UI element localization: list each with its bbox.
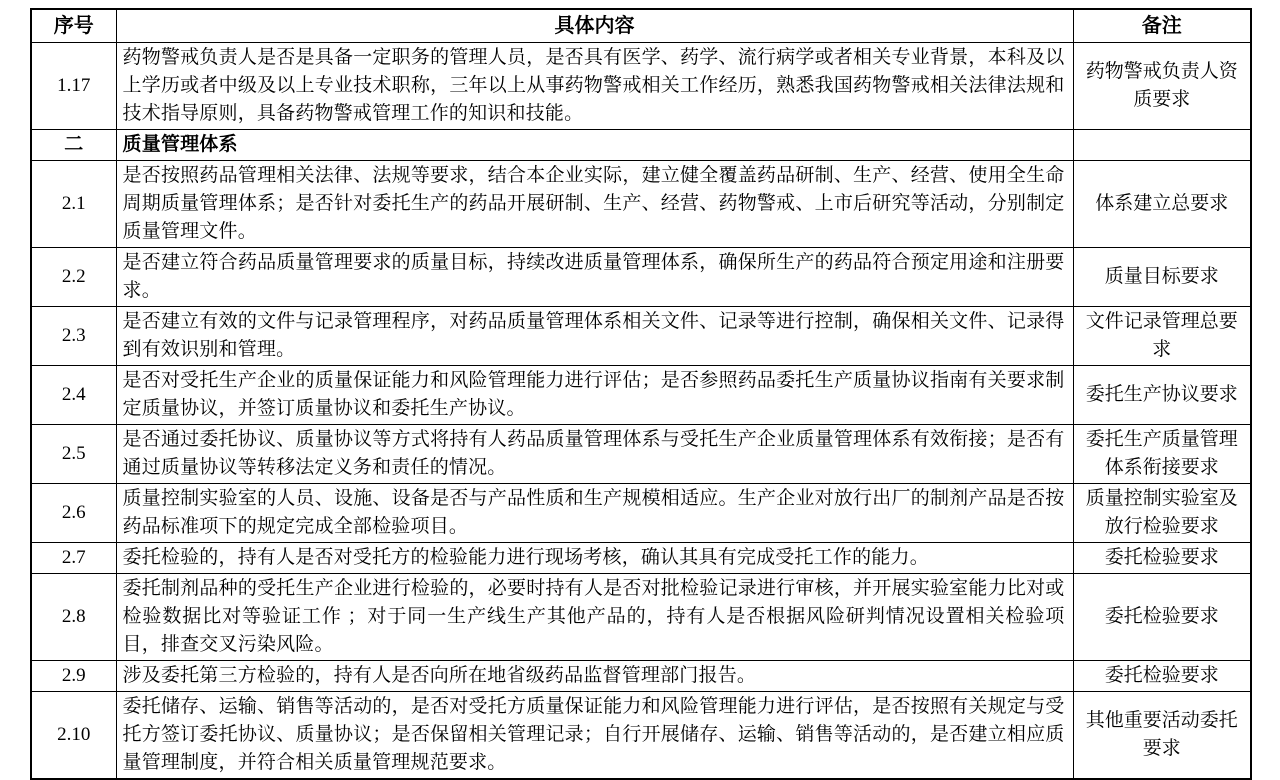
row-note: 药物警戒负责人资质要求 xyxy=(1073,43,1251,130)
row-note: 委托生产质量管理体系衔接要求 xyxy=(1073,425,1251,484)
table-row: 2.1 是否按照药品管理相关法律、法规等要求，结合本企业实际，建立健全覆盖药品研… xyxy=(31,161,1251,248)
row-content: 是否通过委托协议、质量协议等方式将持有人药品质量管理体系与受托生产企业质量管理体… xyxy=(116,425,1073,484)
row-no: 二 xyxy=(31,130,116,161)
row-content: 是否对受托生产企业的质量保证能力和风险管理能力进行评估；是否参照药品委托生产质量… xyxy=(116,366,1073,425)
row-no: 2.7 xyxy=(31,543,116,574)
row-no: 2.3 xyxy=(31,307,116,366)
row-note: 委托检验要求 xyxy=(1073,543,1251,574)
row-no: 2.2 xyxy=(31,248,116,307)
row-note: 文件记录管理总要求 xyxy=(1073,307,1251,366)
row-note: 委托检验要求 xyxy=(1073,661,1251,692)
table-row: 2.6 质量控制实验室的人员、设施、设备是否与产品性质和生产规模相适应。生产企业… xyxy=(31,484,1251,543)
row-no: 2.8 xyxy=(31,574,116,661)
table-row: 2.8 委托制剂品种的受托生产企业进行检验的，必要时持有人是否对批检验记录进行审… xyxy=(31,574,1251,661)
header-note: 备注 xyxy=(1073,9,1251,43)
row-note xyxy=(1073,130,1251,161)
row-no: 2.1 xyxy=(31,161,116,248)
row-note: 委托生产协议要求 xyxy=(1073,366,1251,425)
row-content: 委托制剂品种的受托生产企业进行检验的，必要时持有人是否对批检验记录进行审核，并开… xyxy=(116,574,1073,661)
row-content: 药物警戒负责人是否是具备一定职务的管理人员，是否具有医学、药学、流行病学或者相关… xyxy=(116,43,1073,130)
row-note: 质量目标要求 xyxy=(1073,248,1251,307)
row-note: 其他重要活动委托要求 xyxy=(1073,692,1251,780)
table-row: 2.7 委托检验的，持有人是否对受托方的检验能力进行现场考核，确认其具有完成受托… xyxy=(31,543,1251,574)
row-no: 1.17 xyxy=(31,43,116,130)
table-row: 2.9 涉及委托第三方检验的，持有人是否向所在地省级药品监督管理部门报告。 委托… xyxy=(31,661,1251,692)
table-row: 2.10 委托储存、运输、销售等活动的，是否对受托方质量保证能力和风险管理能力进… xyxy=(31,692,1251,780)
row-content: 是否按照药品管理相关法律、法规等要求，结合本企业实际，建立健全覆盖药品研制、生产… xyxy=(116,161,1073,248)
header-no: 序号 xyxy=(31,9,116,43)
row-no: 2.9 xyxy=(31,661,116,692)
row-note: 体系建立总要求 xyxy=(1073,161,1251,248)
document-page: 序号 具体内容 备注 1.17 药物警戒负责人是否是具备一定职务的管理人员，是否… xyxy=(0,0,1280,752)
row-content: 是否建立符合药品质量管理要求的质量目标，持续改进质量管理体系，确保所生产的药品符… xyxy=(116,248,1073,307)
row-content: 质量控制实验室的人员、设施、设备是否与产品性质和生产规模相适应。生产企业对放行出… xyxy=(116,484,1073,543)
table-row: 2.4 是否对受托生产企业的质量保证能力和风险管理能力进行评估；是否参照药品委托… xyxy=(31,366,1251,425)
row-content: 是否建立有效的文件与记录管理程序，对药品质量管理体系相关文件、记录等进行控制，确… xyxy=(116,307,1073,366)
row-no: 2.6 xyxy=(31,484,116,543)
row-no: 2.10 xyxy=(31,692,116,780)
table-row: 2.2 是否建立符合药品质量管理要求的质量目标，持续改进质量管理体系，确保所生产… xyxy=(31,248,1251,307)
table-row: 2.5 是否通过委托协议、质量协议等方式将持有人药品质量管理体系与受托生产企业质… xyxy=(31,425,1251,484)
table-row: 2.3 是否建立有效的文件与记录管理程序，对药品质量管理体系相关文件、记录等进行… xyxy=(31,307,1251,366)
header-content: 具体内容 xyxy=(116,9,1073,43)
row-note: 质量控制实验室及放行检验要求 xyxy=(1073,484,1251,543)
row-content: 委托检验的，持有人是否对受托方的检验能力进行现场考核，确认其具有完成受托工作的能… xyxy=(116,543,1073,574)
row-content: 涉及委托第三方检验的，持有人是否向所在地省级药品监督管理部门报告。 xyxy=(116,661,1073,692)
section-row: 二 质量管理体系 xyxy=(31,130,1251,161)
header-row: 序号 具体内容 备注 xyxy=(31,9,1251,43)
row-note: 委托检验要求 xyxy=(1073,574,1251,661)
table-row: 1.17 药物警戒负责人是否是具备一定职务的管理人员，是否具有医学、药学、流行病… xyxy=(31,43,1251,130)
row-content: 质量管理体系 xyxy=(116,130,1073,161)
row-no: 2.4 xyxy=(31,366,116,425)
checklist-table: 序号 具体内容 备注 1.17 药物警戒负责人是否是具备一定职务的管理人员，是否… xyxy=(30,8,1252,780)
row-content: 委托储存、运输、销售等活动的，是否对受托方质量保证能力和风险管理能力进行评估，是… xyxy=(116,692,1073,780)
row-no: 2.5 xyxy=(31,425,116,484)
